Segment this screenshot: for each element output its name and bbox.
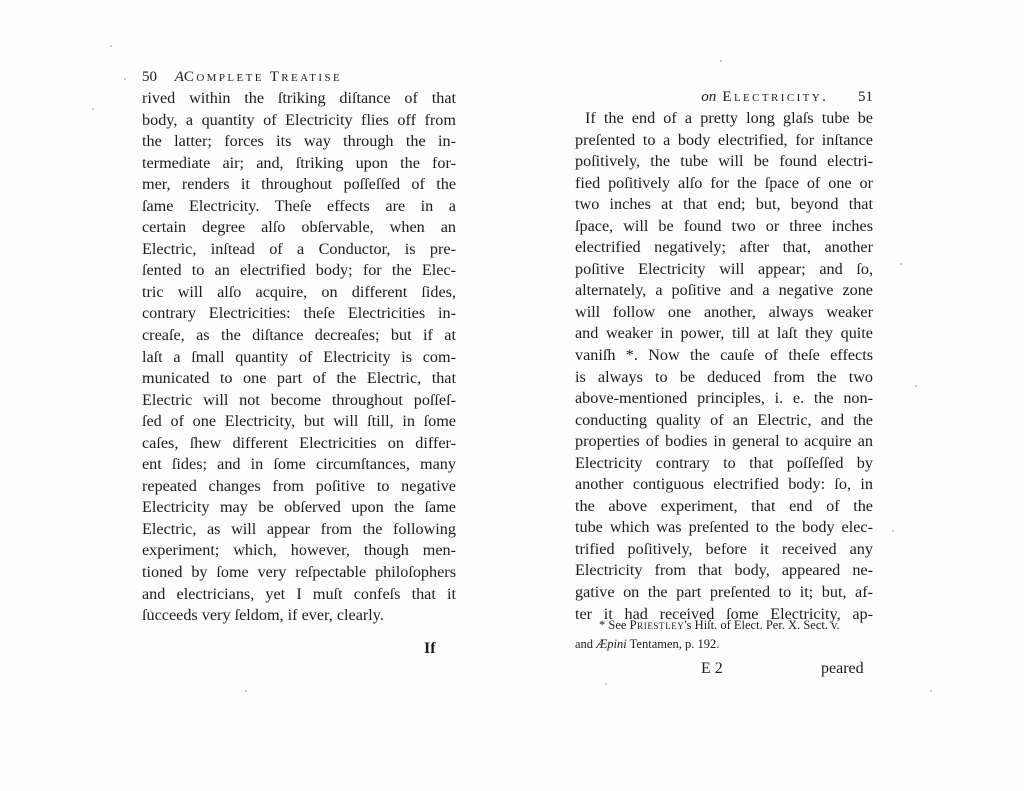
text-line: If the end of a pretty long glaſs tube b… [575, 108, 873, 130]
text-line: creaſe, as the diſtance decreaſes; but i… [142, 325, 456, 347]
text-line: experiment; which, however, though men- [142, 540, 456, 562]
scan-speck [110, 45, 112, 47]
text-line: Electric, inſtead of a Conductor, is pre… [142, 239, 456, 261]
text-line: Electric, as will appear from the follow… [142, 519, 456, 541]
footnote-text: Tentamen, p. 192. [630, 637, 720, 651]
text-line: ent ſides; and in ſome circumſtances, ma… [142, 454, 456, 476]
footnote: * See Priestley's Hiſt. of Elect. Per. X… [575, 616, 873, 654]
scan-speck [930, 690, 932, 692]
text-line: Electric will not become throughout poſſ… [142, 390, 456, 412]
footnote-marker: * [599, 618, 605, 632]
scan-speck [124, 78, 126, 80]
text-line: Electricity may be obſerved upon the ſam… [142, 497, 456, 519]
footnote-text: 's Hiſt. of Elect. Per. X. Sect. v. [684, 618, 839, 632]
running-head-title: AComplete Treatise [175, 69, 342, 85]
catchword: If [424, 640, 436, 658]
book-spread: 50 AComplete Treatise rived within the ſ… [0, 0, 1024, 791]
text-line: ſucceeds very ſeldom, if ever, clearly. [142, 605, 456, 627]
text-line: mer, renders it throughout poſſeſſed of … [142, 174, 456, 196]
text-line: municated to one part of the Electric, t… [142, 368, 456, 390]
right-body-text: If the end of a pretty long glaſs tube b… [575, 108, 873, 625]
running-head-italic: A [175, 69, 184, 85]
text-line: ſented to an electrified body; for the E… [142, 260, 456, 282]
footnote-author: Priestley [630, 618, 685, 632]
scan-speck [605, 683, 607, 685]
text-line: another contiguous electrified body: ſo,… [575, 474, 873, 496]
text-line: tioned by ſome very reſpectable philoſop… [142, 562, 456, 584]
text-line: ſpace, will be found two or three inches [575, 216, 873, 238]
text-line: electrified negatively; after that, anot… [575, 237, 873, 259]
left-running-head: 50 AComplete Treatise [142, 66, 456, 88]
text-line: fied poſitively alſo for the ſpace of on… [575, 173, 873, 195]
scan-speck [900, 263, 902, 265]
text-line: ſed of one Electricity, but will ſtill, … [142, 411, 456, 433]
text-line: above-mentioned principles, i. e. the no… [575, 388, 873, 410]
footnote-italic: Æpini [596, 637, 627, 651]
text-line: vaniſh *. Now the cauſe of theſe effects [575, 345, 873, 367]
text-line: rived within the ſtriking diſtance of th… [142, 88, 456, 110]
scan-speck [720, 60, 722, 62]
page-number: 50 [142, 69, 157, 85]
text-line: alternately, a poſitive and a negative z… [575, 280, 873, 302]
running-head-italic: on [701, 89, 716, 105]
text-line: is always to be deduced from the two [575, 367, 873, 389]
text-line: termediate air; and, ſtriking upon the f… [142, 153, 456, 175]
catchword: peared [821, 660, 864, 678]
text-line: contrary Electricities: theſe Electricit… [142, 303, 456, 325]
text-line: tube which was preſented to the body ele… [575, 517, 873, 539]
text-line: certain degree alſo obſervable, when an [142, 217, 456, 239]
text-line: Electricity from that body, appeared ne- [575, 560, 873, 582]
page-number: 51 [858, 89, 873, 105]
footnote-prefix: See [608, 618, 626, 632]
text-line: laſt a ſmall quantity of Electricity is … [142, 347, 456, 369]
text-line: caſes, ſhew different Electricities on d… [142, 433, 456, 455]
scan-speck [92, 108, 94, 110]
text-line: will follow one another, always weaker [575, 302, 873, 324]
signature-mark: E 2 [701, 660, 723, 678]
left-page: 50 AComplete Treatise rived within the ſ… [142, 66, 456, 627]
text-line: and weaker in power, till at laſt they q… [575, 323, 873, 345]
footnote-line: and Æpini Tentamen, p. 192. [575, 635, 873, 654]
text-line: tric will alſo acquire, on different ſid… [142, 282, 456, 304]
footnote-line: * See Priestley's Hiſt. of Elect. Per. X… [575, 616, 873, 635]
text-line: conducting quality of an Electric, and t… [575, 410, 873, 432]
text-line: the above experiment, that end of the [575, 496, 873, 518]
scan-speck [150, 610, 152, 612]
text-line: poſitively, the tube will be found elect… [575, 151, 873, 173]
scan-speck [915, 385, 917, 387]
footnote-prefix: and [575, 637, 593, 651]
right-running-head: on Electricity. 51 [575, 86, 873, 108]
text-line: two inches at that end; but, beyond that [575, 194, 873, 216]
text-line: Electricity contrary to that poſſeſſed b… [575, 453, 873, 475]
text-line: and electricians, yet I muſt confeſs tha… [142, 584, 456, 606]
text-line: repeated changes from poſitive to negati… [142, 476, 456, 498]
running-head-title: on Electricity. [701, 89, 828, 105]
text-line: preſented to a body electrified, for inſ… [575, 130, 873, 152]
text-line: trified poſitively, before it received a… [575, 539, 873, 561]
text-line: body, a quantity of Electricity flies of… [142, 110, 456, 132]
scan-speck [158, 618, 160, 620]
text-line: ſame Electricity. Theſe effects are in a [142, 196, 456, 218]
scan-speck [892, 530, 894, 532]
text-line: properties of bodies in general to acqui… [575, 431, 873, 453]
text-line: gative on the part preſented to it; but,… [575, 582, 873, 604]
scan-speck [245, 690, 247, 692]
left-body-text: rived within the ſtriking diſtance of th… [142, 88, 456, 627]
running-head-text: Complete Treatise [184, 69, 342, 85]
text-line: the latter; forces its way through the i… [142, 131, 456, 153]
running-head-text: Electricity. [722, 89, 828, 105]
right-page: on Electricity. 51 If the end of a prett… [575, 86, 873, 625]
text-line: poſitive Electricity will appear; and ſo… [575, 259, 873, 281]
